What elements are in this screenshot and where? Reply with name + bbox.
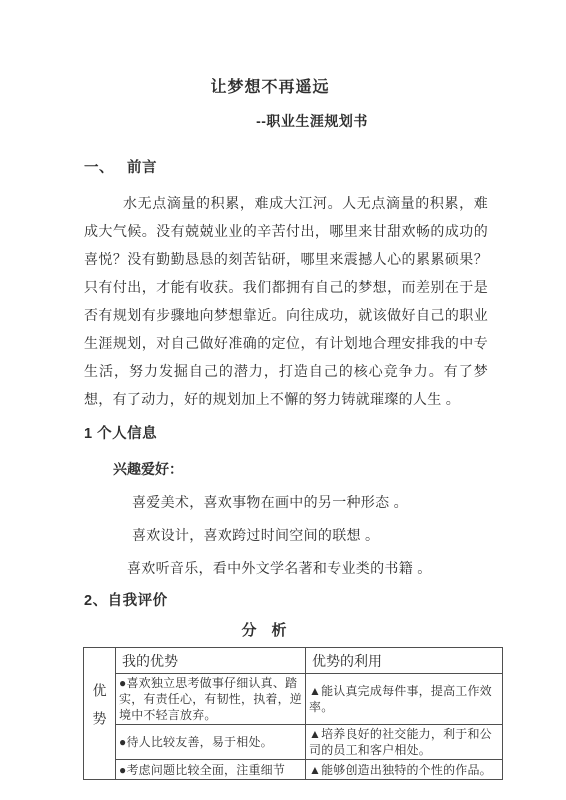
analysis-table-title: 分 析 bbox=[62, 619, 466, 640]
hobby-item-3: 喜欢听音乐，看中外文学名著和专业类的书籍 。 bbox=[84, 558, 488, 578]
table-row-1: ●喜欢独立思考做事仔细认真、踏实，有责任心，有韧性，执着，逆境中不轻言放弃。 ▲… bbox=[84, 674, 503, 725]
table-row-3: ●考虑问题比较全面，注重细节 ▲能够创造出独特的个性的作品。 bbox=[84, 760, 503, 780]
hobby-item-1: 喜爱美术，喜欢事物在画中的另一种形态 。 bbox=[84, 492, 488, 512]
strength-cell-1: ●喜欢独立思考做事仔细认真、踏实，有责任心，有韧性，执着，逆境中不轻言放弃。 bbox=[116, 674, 306, 725]
table-side-header-cell: 优势 bbox=[84, 648, 116, 780]
table-header-row: 优势 我的优势 优势的利用 bbox=[84, 648, 503, 674]
use-cell-1: ▲能认真完成每件事，提高工作效率。 bbox=[306, 674, 503, 725]
self-evaluation-heading: 2、自我评价 bbox=[84, 589, 488, 610]
hobbies-label: 兴趣爱好： bbox=[84, 459, 488, 479]
strength-cell-3: ●考虑问题比较全面，注重细节 bbox=[116, 760, 306, 780]
table-row-2: ●待人比较友善，易于相处。 ▲培养良好的社交能力，利于和公司的员工和客户相处。 bbox=[84, 725, 503, 760]
use-cell-2: ▲培养良好的社交能力，利于和公司的员工和客户相处。 bbox=[306, 725, 503, 760]
table-column-header-strength: 我的优势 bbox=[116, 648, 306, 674]
preface-heading-number: 一、 bbox=[84, 160, 114, 176]
use-cell-3: ▲能够创造出独特的个性的作品。 bbox=[306, 760, 503, 780]
document-page: 让梦想不再遥远 --职业生涯规划书 一、前言 水无点滴量的积累，难成大江河。人无… bbox=[0, 0, 566, 800]
strength-cell-2: ●待人比较友善，易于相处。 bbox=[116, 725, 306, 760]
table-side-header-label: 优势 bbox=[90, 683, 110, 739]
personal-info-heading: 1 个人信息 bbox=[84, 422, 488, 443]
preface-paragraph: 水无点滴量的积累，难成大江河。人无点滴量的积累，难成大气候。没有兢兢业业的辛苦付… bbox=[84, 189, 488, 413]
document-subtitle: --职业生涯规划书 bbox=[110, 111, 514, 131]
preface-heading-label: 前言 bbox=[127, 160, 157, 176]
preface-heading: 一、前言 bbox=[84, 156, 488, 177]
hobby-item-2: 喜欢设计，喜欢跨过时间空间的联想 。 bbox=[84, 525, 488, 545]
table-column-header-use: 优势的利用 bbox=[306, 648, 503, 674]
document-title: 让梦想不再遥远 bbox=[68, 0, 472, 97]
document-content: 让梦想不再遥远 --职业生涯规划书 一、前言 水无点滴量的积累，难成大江河。人无… bbox=[0, 0, 566, 780]
analysis-table: 优势 我的优势 优势的利用 ●喜欢独立思考做事仔细认真、踏实，有责任心，有韧性，… bbox=[83, 647, 503, 780]
